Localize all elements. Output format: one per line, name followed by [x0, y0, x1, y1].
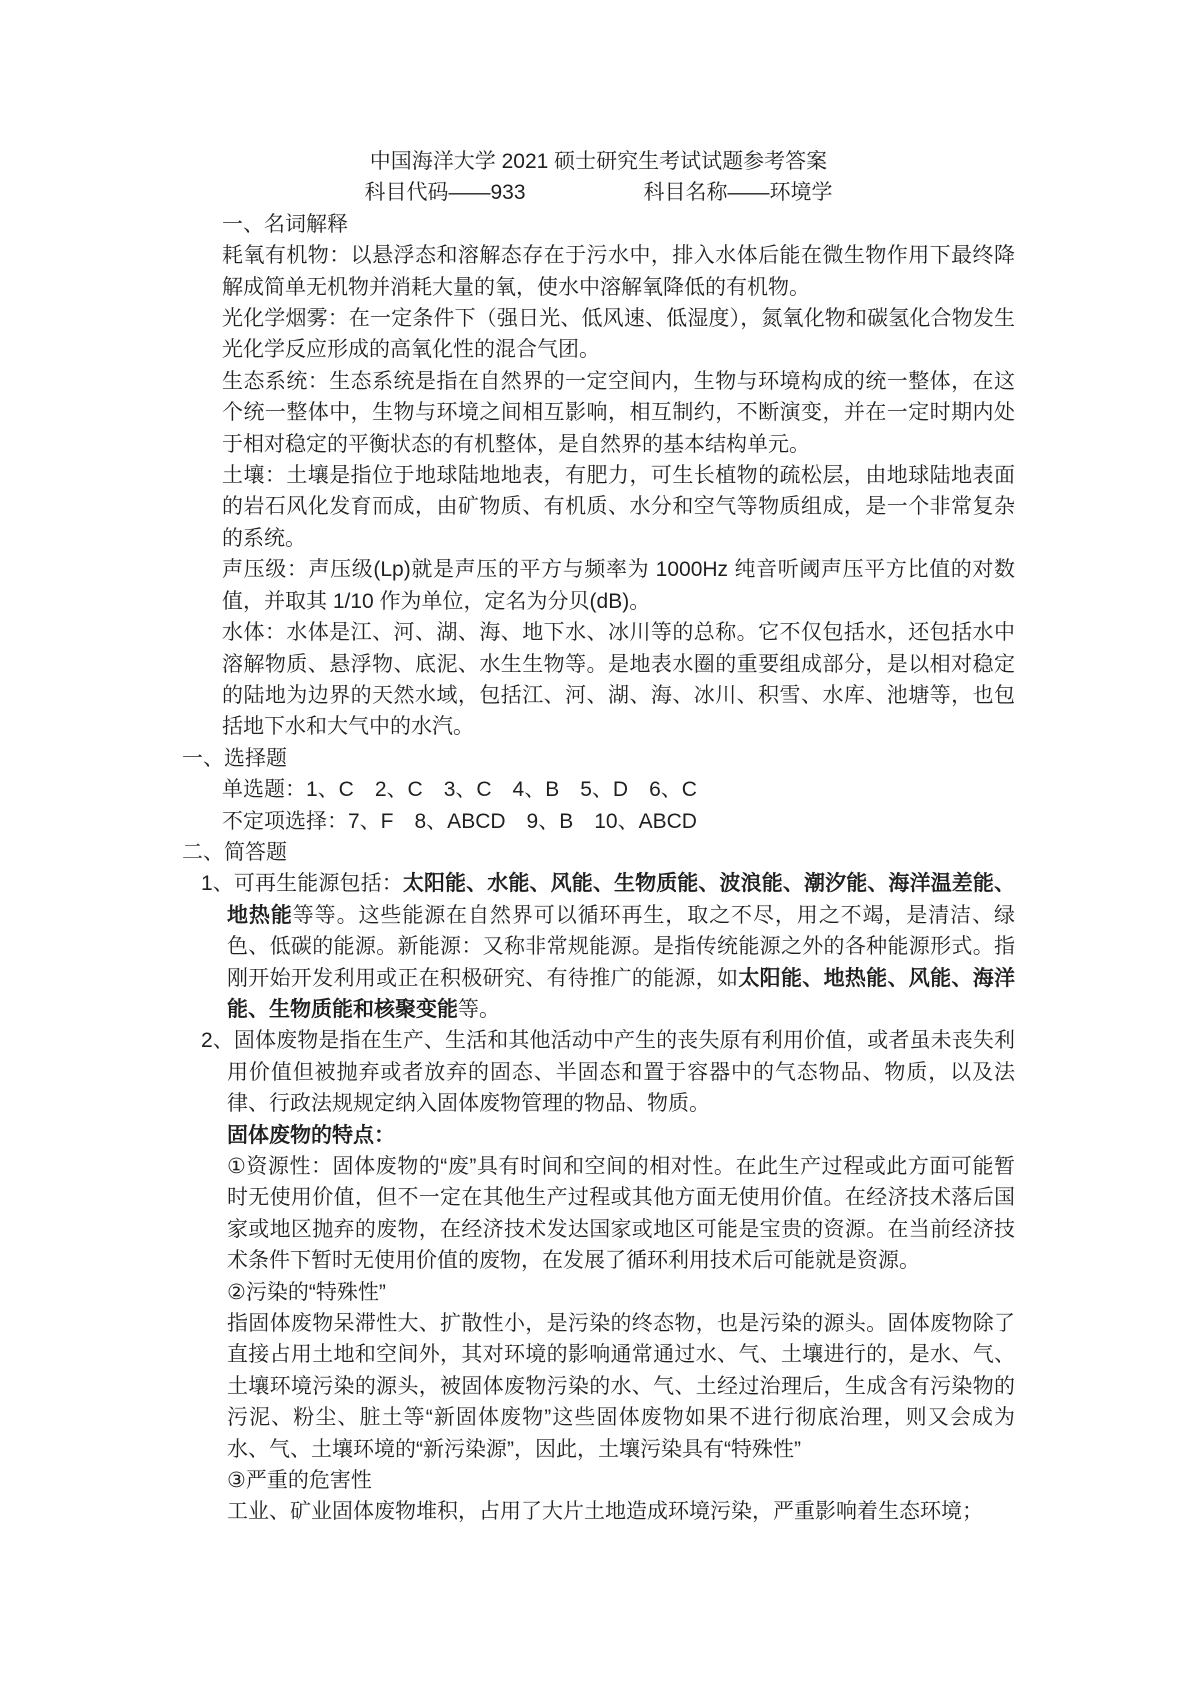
page-title: 中国海洋大学 2021 硕士研究生考试试题参考答案 — [182, 146, 1015, 177]
glossary-paragraph: 耗氧有机物：以悬浮态和溶解态存在于污水中，排入水体后能在微生物作用下最终降解成简… — [222, 240, 1015, 303]
section-heading-glossary: 一、名词解释 — [222, 209, 1015, 240]
document-content: 中国海洋大学 2021 硕士研究生考试试题参考答案 科目代码——933 科目名称… — [222, 146, 1015, 1528]
feature-paragraph: ①资源性：固体废物的“废”具有时间和空间的相对性。在此生产过程或此方面可能暂时无… — [227, 1151, 1015, 1277]
feature-paragraph: ②污染的“特殊性” — [227, 1277, 1015, 1308]
short-answer-item-1: 1、可再生能源包括：太阳能、水能、风能、生物质能、波浪能、潮汐能、海洋温差能、地… — [201, 868, 1015, 1025]
subject-code: 科目代码——933 — [364, 177, 525, 208]
glossary-paragraph: 土壤：土壤是指位于地球陆地地表，有肥力，可生长植物的疏松层，由地球陆地表面的岩石… — [222, 460, 1015, 554]
feature-paragraph: 指固体废物呆滞性大、扩散性小，是污染的终态物，也是污染的源头。固体废物除了直接占… — [227, 1308, 1015, 1465]
glossary-paragraph: 光化学烟雾：在一定条件下（强日光、低风速、低湿度），氮氧化物和碳氢化合物发生光化… — [222, 303, 1015, 366]
features-heading: 固体废物的特点： — [227, 1120, 1015, 1151]
item-number: 1、 — [201, 872, 234, 895]
single-choice-answers: 单选题：1、C 2、C 3、C 4、B 5、D 6、C — [222, 774, 1015, 805]
text-run: 等。 — [458, 998, 500, 1021]
feature-paragraph: 工业、矿业固体废物堆积，占用了大片土地造成环境污染，严重影响着生态环境； — [227, 1496, 1015, 1527]
text-run: 可再生能源包括： — [234, 872, 403, 895]
glossary-paragraph: 生态系统：生态系统是指在自然界的一定空间内，生物与环境构成的统一整体，在这个统一… — [222, 366, 1015, 460]
section-heading-choices: 一、选择题 — [182, 743, 1015, 774]
short-answer-item-2: 2、固体废物是指在生产、生活和其他活动中产生的丧失原有利用价值，或者虽未丧失利用… — [201, 1025, 1015, 1119]
page-subtitle: 科目代码——933 科目名称——环境学 — [182, 177, 1015, 208]
glossary-paragraph: 水体：水体是江、河、湖、海、地下水、冰川等的总称。它不仅包括水，还包括水中溶解物… — [222, 617, 1015, 743]
item-text: 固体废物是指在生产、生活和其他活动中产生的丧失原有利用价值，或者虽未丧失利用价值… — [227, 1029, 1015, 1115]
item-rich-text: 可再生能源包括：太阳能、水能、风能、生物质能、波浪能、潮汐能、海洋温差能、地热能… — [227, 872, 1015, 1021]
section-heading-short-answer: 二、简答题 — [182, 837, 1015, 868]
feature-paragraph: ③严重的危害性 — [227, 1465, 1015, 1496]
subject-name: 科目名称——环境学 — [644, 177, 833, 208]
item-number: 2、 — [201, 1029, 234, 1052]
glossary-paragraph: 声压级：声压级(Lp)就是声压的平方与频率为 1000Hz 纯音听阈声压平方比值… — [222, 554, 1015, 617]
multi-choice-answers: 不定项选择：7、F 8、ABCD 9、B 10、ABCD — [222, 806, 1015, 837]
document-page: 中国海洋大学 2021 硕士研究生考试试题参考答案 科目代码——933 科目名称… — [0, 0, 1190, 1683]
